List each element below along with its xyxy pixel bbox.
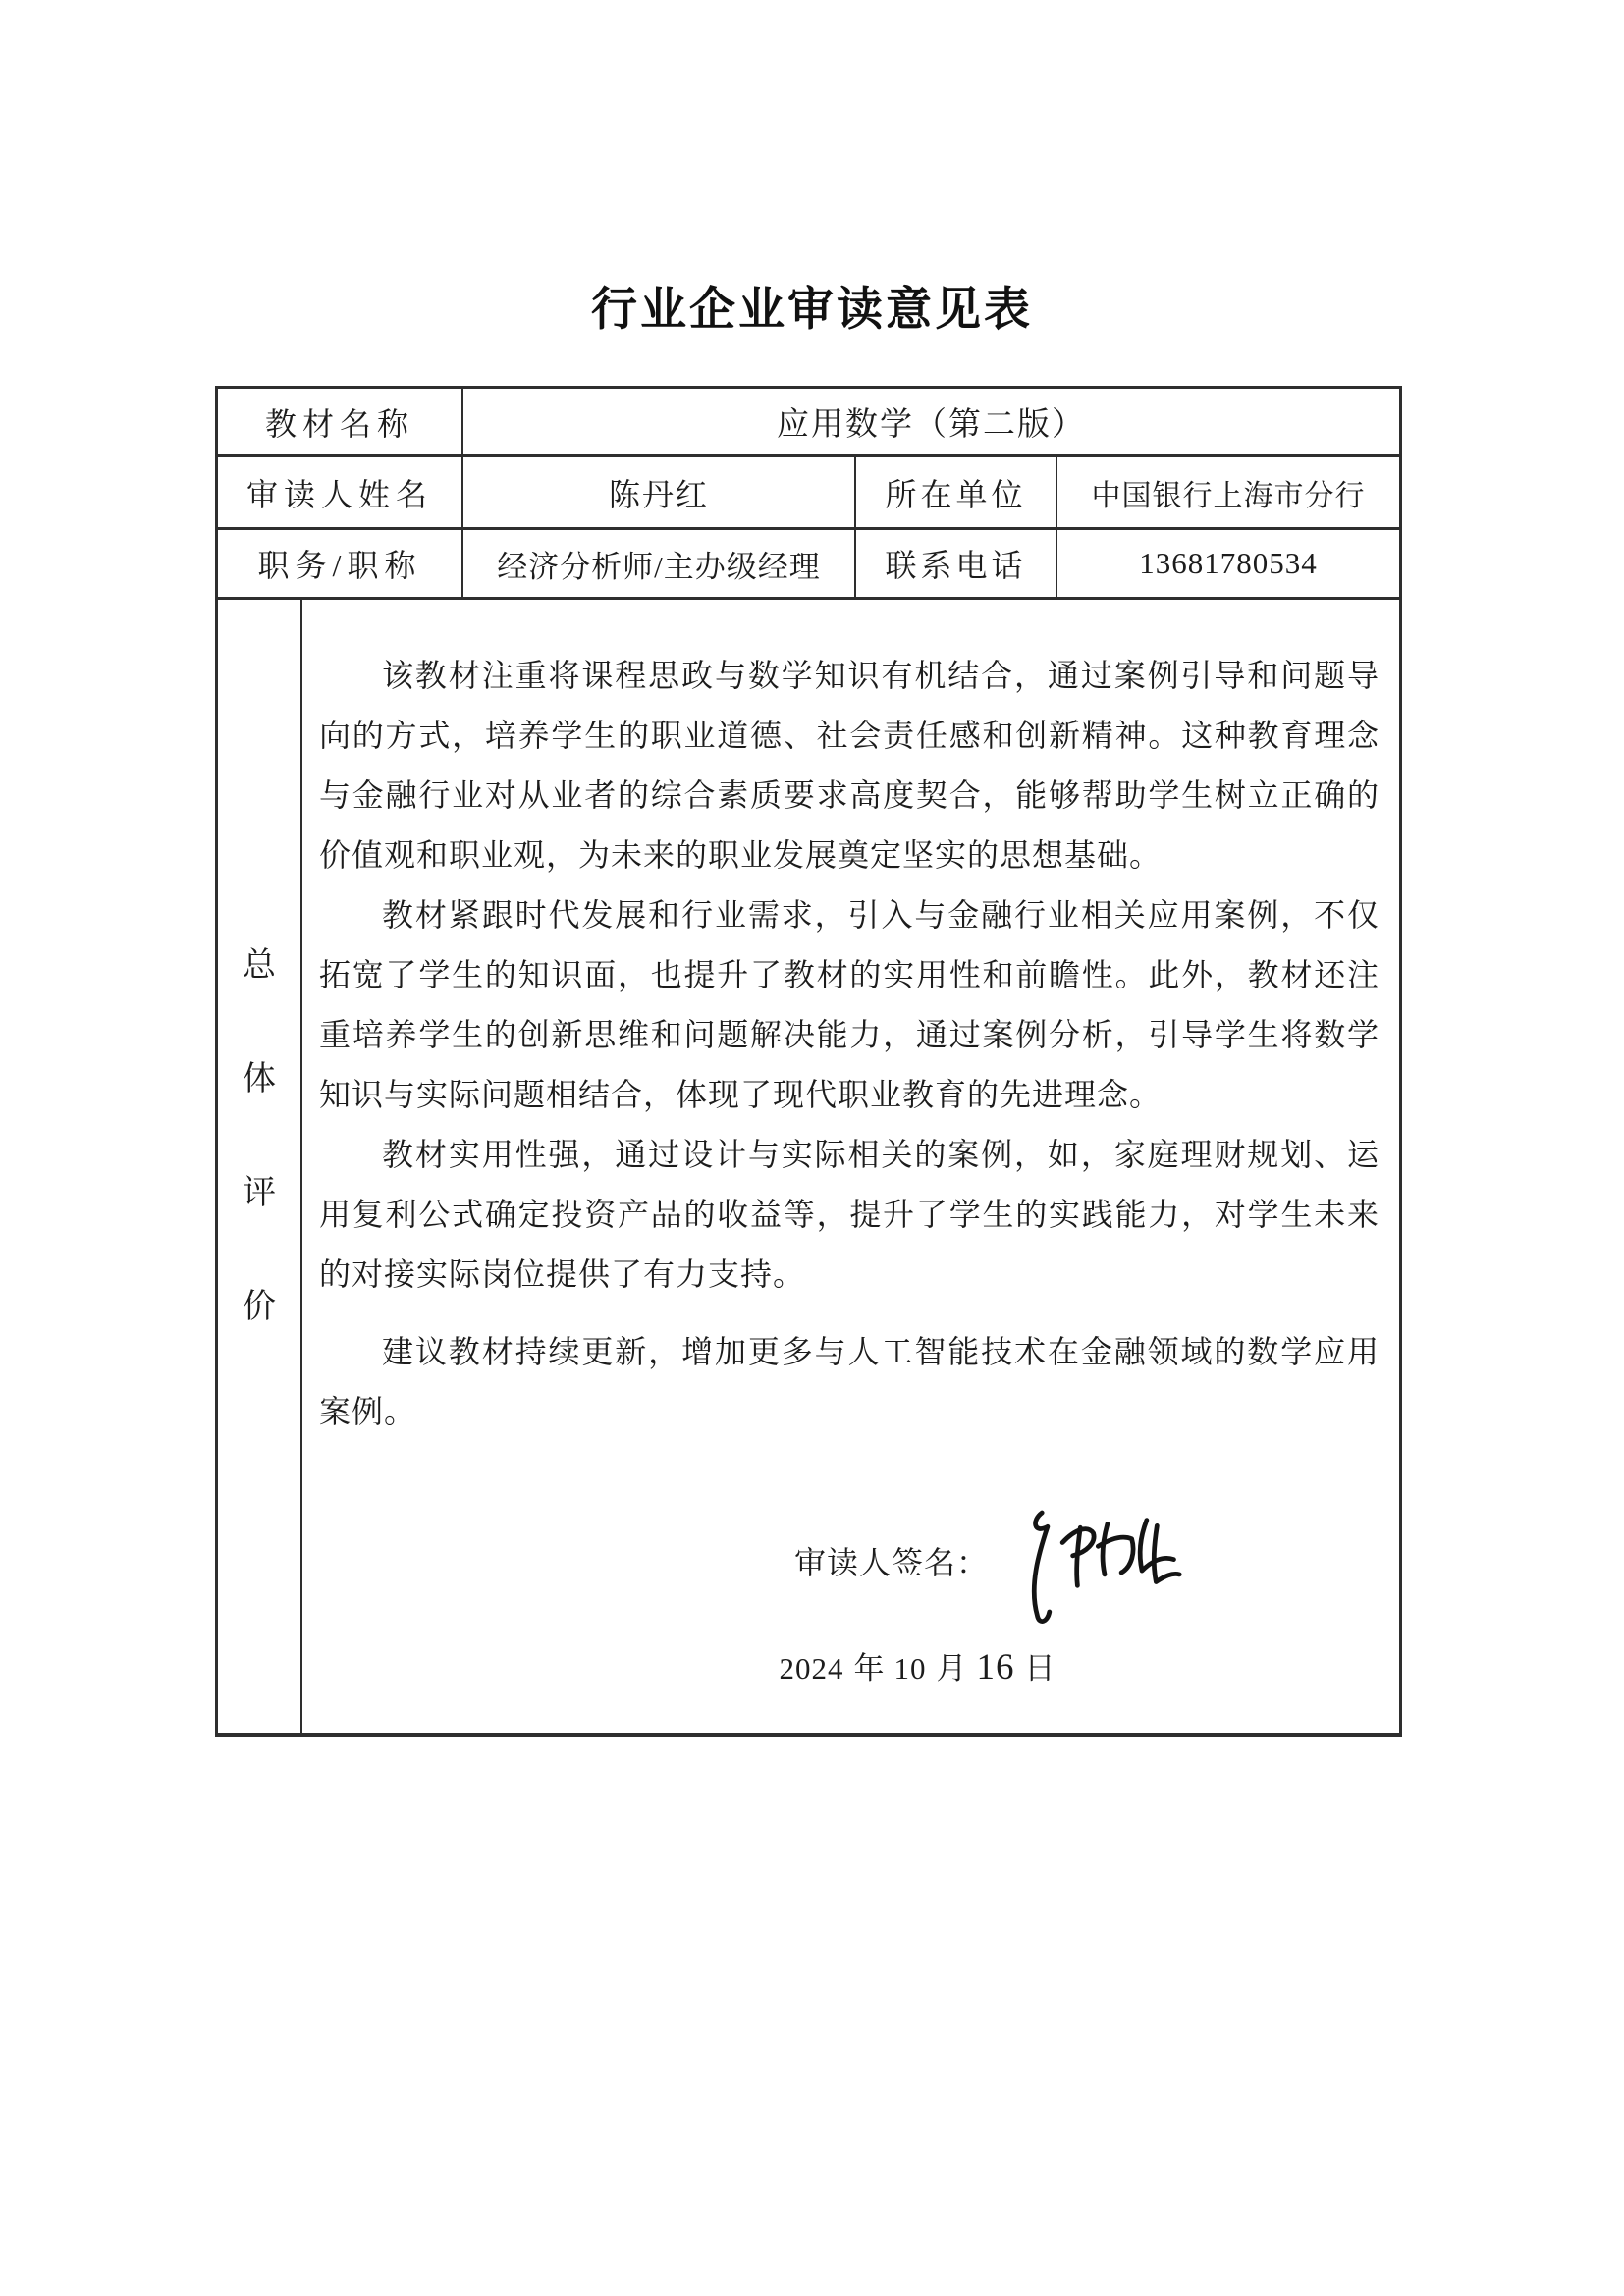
table-row-textbook-name: 教材名称 应用数学（第二版） — [218, 389, 1399, 457]
reviewer-name-value: 陈丹红 — [463, 457, 856, 527]
textbook-name-value: 应用数学（第二版） — [463, 389, 1399, 454]
textbook-name-label: 教材名称 — [218, 389, 463, 454]
overall-label-char: 评 — [243, 1177, 276, 1210]
signature-row: 审读人签名： — [319, 1491, 1380, 1633]
table-row-overall-evaluation: 总 体 评 价 该教材注重将课程思政与数学知识有机结合，通过案例引导和问题导向的… — [218, 600, 1399, 1733]
comment-paragraph-4: 建议教材持续更新，增加更多与人工智能技术在金融领域的数学应用案例。 — [319, 1322, 1380, 1442]
date-year-unit: 年 — [854, 1651, 885, 1685]
date-day: 16 — [977, 1647, 1015, 1687]
reviewer-signature-label: 审读人签名： — [794, 1547, 989, 1578]
date-month: 10 — [894, 1651, 927, 1685]
review-form-table: 教材名称 应用数学（第二版） 审读人姓名 陈丹红 所在单位 中国银行上海市分行 … — [215, 386, 1402, 1737]
overall-evaluation-label: 总 体 评 价 — [218, 600, 302, 1733]
date-month-unit: 月 — [937, 1651, 967, 1685]
date-line: 2024年10月16日 — [382, 1637, 1399, 1698]
comment-paragraph-3: 教材实用性强，通过设计与实际相关的案例，如，家庭理财规划、运用复利公式确定投资产… — [319, 1125, 1380, 1305]
overall-evaluation-content: 该教材注重将课程思政与数学知识有机结合，通过案例引导和问题导向的方式，培养学生的… — [302, 600, 1399, 1733]
overall-label-char: 总 — [243, 949, 276, 983]
table-row-job-phone: 职务/职称 经济分析师/主办级经理 联系电话 13681780534 — [218, 530, 1399, 600]
reviewer-name-label: 审读人姓名 — [218, 457, 463, 527]
comment-paragraph-1: 该教材注重将课程思政与数学知识有机结合，通过案例引导和问题导向的方式，培养学生的… — [319, 646, 1380, 885]
date-day-unit: 日 — [1025, 1651, 1056, 1685]
handwritten-signature — [1006, 1491, 1203, 1633]
document-page: 行业企业审读意见表 教材名称 应用数学（第二版） 审读人姓名 陈丹红 所在单位 … — [0, 0, 1624, 2296]
workplace-label: 所在单位 — [856, 457, 1057, 527]
job-title-label: 职务/职称 — [218, 530, 463, 597]
phone-value: 13681780534 — [1057, 530, 1399, 597]
table-row-reviewer: 审读人姓名 陈丹红 所在单位 中国银行上海市分行 — [218, 457, 1399, 530]
job-title-value: 经济分析师/主办级经理 — [463, 530, 856, 597]
overall-label-char: 价 — [243, 1291, 276, 1324]
phone-label: 联系电话 — [856, 530, 1057, 597]
comment-paragraph-2: 教材紧跟时代发展和行业需求，引入与金融行业相关应用案例，不仅拓宽了学生的知识面，… — [319, 885, 1380, 1125]
date-year: 2024 — [780, 1651, 844, 1685]
overall-label-char: 体 — [243, 1063, 276, 1096]
workplace-value: 中国银行上海市分行 — [1057, 457, 1399, 527]
page-title: 行业企业审读意见表 — [0, 273, 1624, 339]
